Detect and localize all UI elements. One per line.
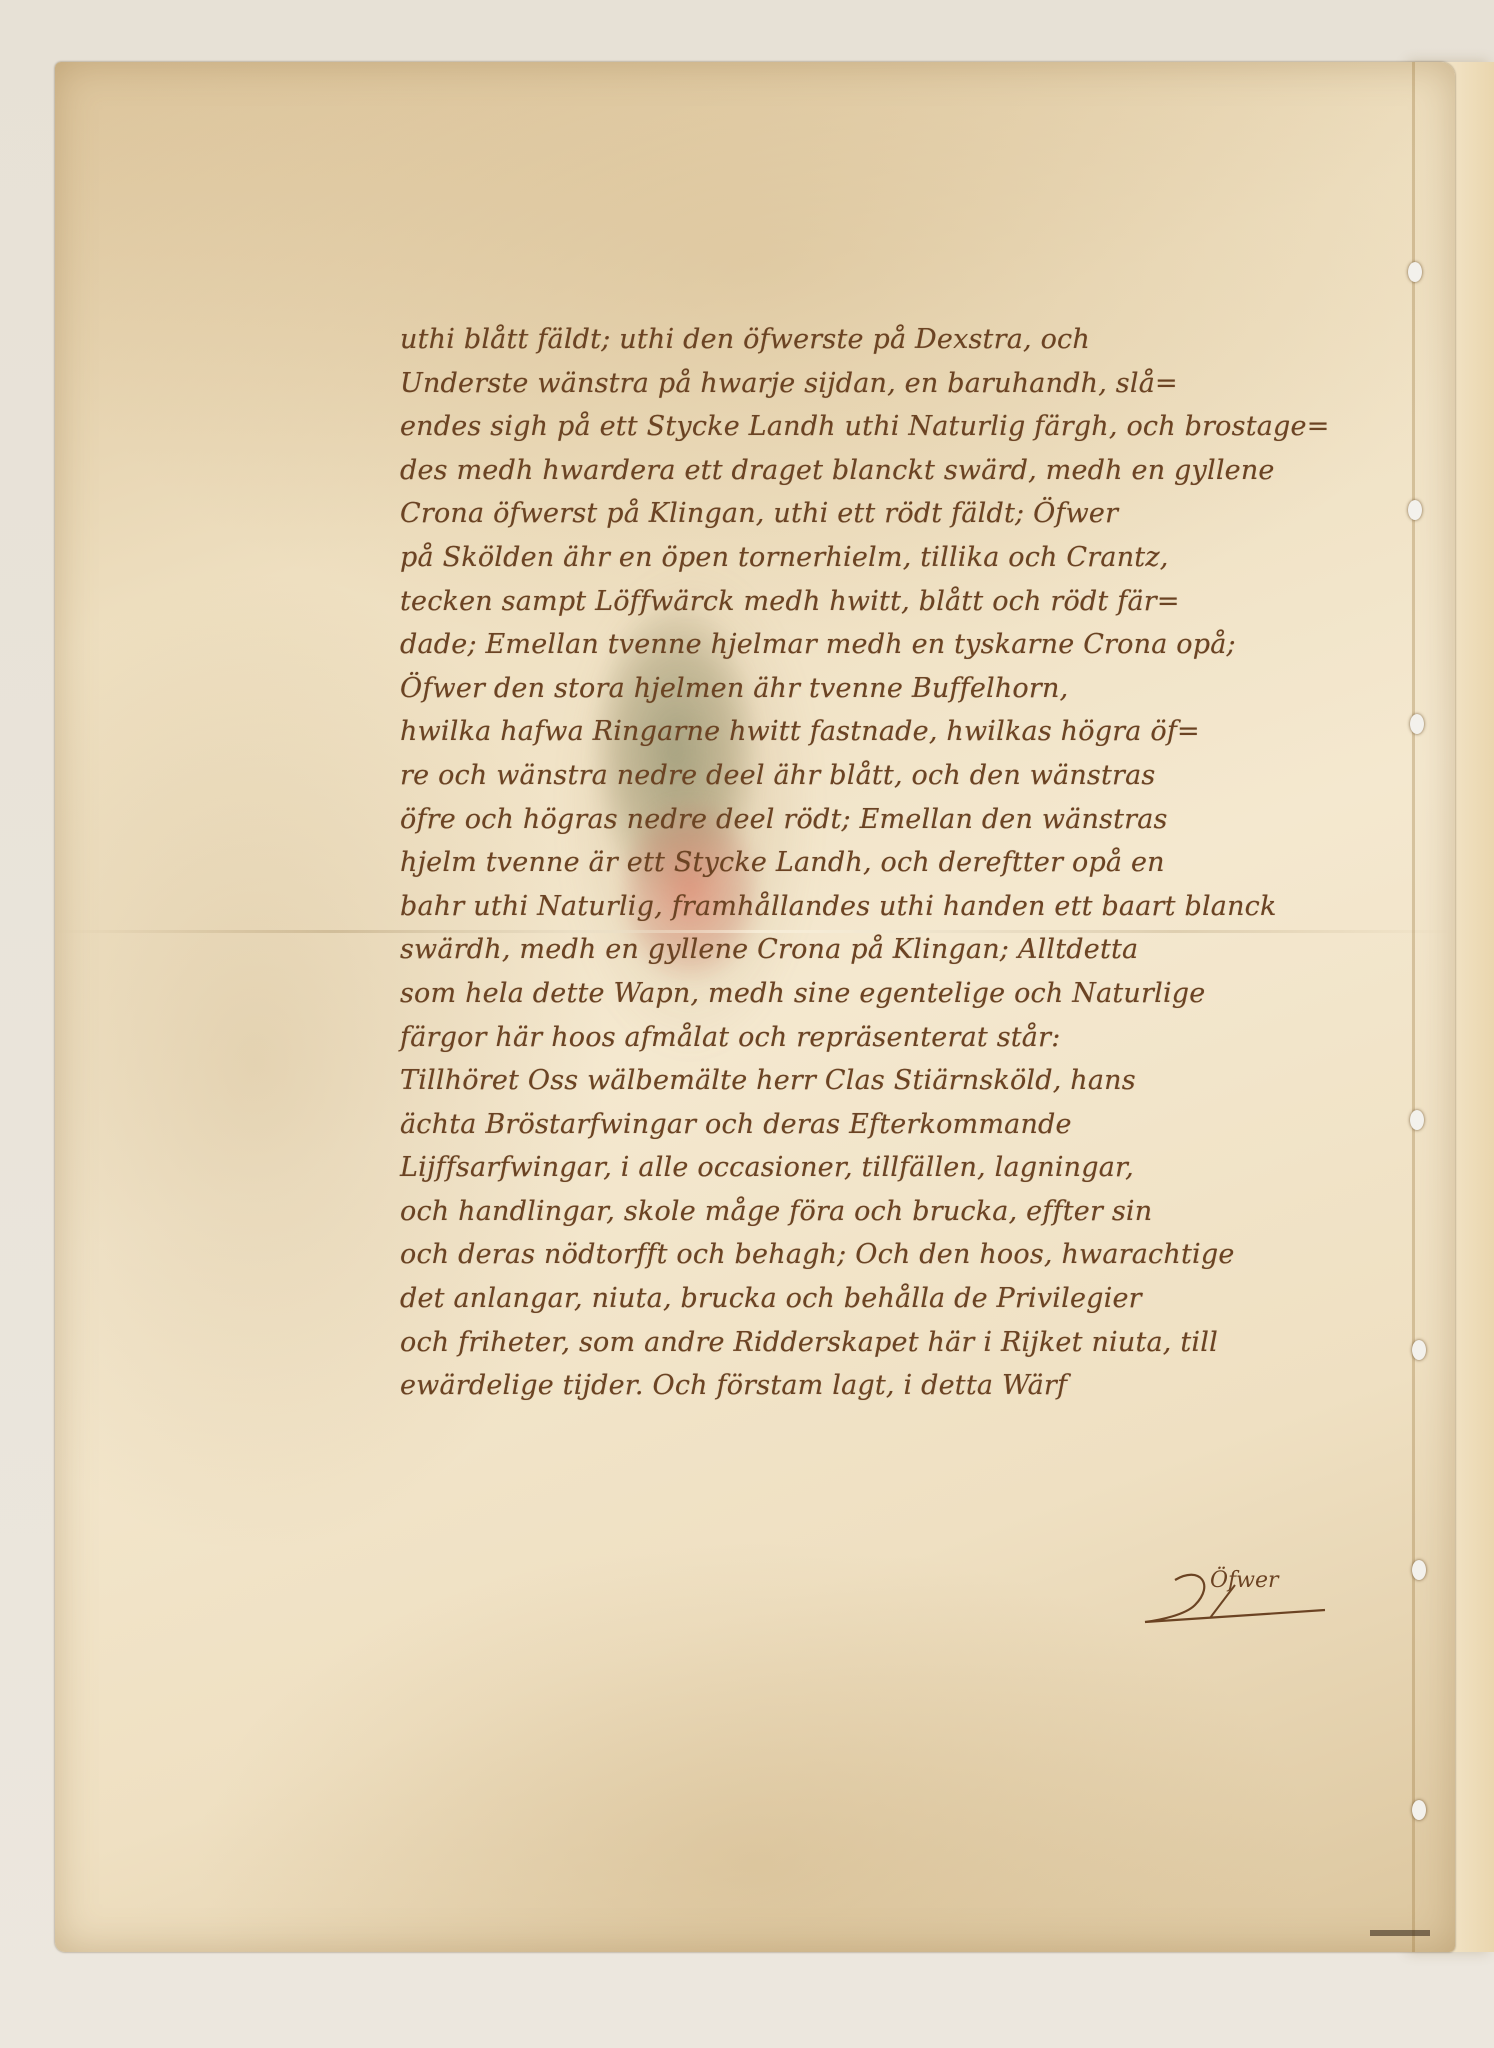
text-line: Crona öfwerst på Klingan, uthi ett rödt … xyxy=(400,492,1320,536)
text-line: det anlangar, niuta, brucka och behålla … xyxy=(400,1277,1320,1321)
text-line: öfre och högras nedre deel rödt; Emellan… xyxy=(400,798,1320,842)
binding-gutter xyxy=(1412,62,1415,1952)
text-line: hjelm tvenne är ett Stycke Landh, och de… xyxy=(400,841,1320,885)
binding-hole xyxy=(1412,1800,1426,1820)
text-line: tecken sampt Löffwärck medh hwitt, blått… xyxy=(400,580,1320,624)
text-line: ewärdelige tijder. Och förstam lagt, i d… xyxy=(400,1364,1320,1408)
text-line: des medh hwardera ett draget blanckt swä… xyxy=(400,449,1320,493)
page-damage-mark xyxy=(1370,1930,1430,1936)
binding-hole xyxy=(1410,1110,1424,1130)
text-line: bahr uthi Naturlig, framhållandes uthi h… xyxy=(400,885,1320,929)
binding-hole xyxy=(1408,262,1422,282)
text-line: och friheter, som andre Ridderskapet här… xyxy=(400,1321,1320,1365)
text-line: och handlingar, skole måge föra och bruc… xyxy=(400,1190,1320,1234)
text-line: på Skölden ähr en öpen tornerhielm, till… xyxy=(400,536,1320,580)
text-line: dade; Emellan tvenne hjelmar medh en tys… xyxy=(400,623,1320,667)
text-line: och deras nödtorfft och behagh; Och den … xyxy=(400,1233,1320,1277)
text-line: uthi blått fäldt; uthi den öfwerste på D… xyxy=(400,318,1320,362)
text-line: som hela dette Wapn, medh sine egentelig… xyxy=(400,972,1320,1016)
catchword: Öfwer xyxy=(1210,1568,1279,1593)
text-line: Tillhöret Oss wälbemälte herr Clas Stiär… xyxy=(400,1059,1320,1103)
binding-hole xyxy=(1412,1560,1426,1580)
binding-hole xyxy=(1412,1340,1426,1360)
binding-hole xyxy=(1410,714,1424,734)
text-line: Lijffsarfwingar, i alle occasioner, till… xyxy=(400,1146,1320,1190)
text-line: ächta Bröstarfwingar och deras Efterkomm… xyxy=(400,1103,1320,1147)
text-line: re och wänstra nedre deel ähr blått, och… xyxy=(400,754,1320,798)
text-line: swärdh, medh en gyllene Crona på Klingan… xyxy=(400,928,1320,972)
manuscript-text: uthi blått fäldt; uthi den öfwerste på D… xyxy=(400,318,1320,1408)
text-line: Öfwer den stora hjelmen ähr tvenne Buffe… xyxy=(400,667,1320,711)
text-line: färgor här hoos afmålat och repräsentera… xyxy=(400,1016,1320,1060)
binding-hole xyxy=(1408,500,1422,520)
text-line: hwilka hafwa Ringarne hwitt fastnade, hw… xyxy=(400,710,1320,754)
text-line: Underste wänstra på hwarje sijdan, en ba… xyxy=(400,362,1320,406)
text-line: endes sigh på ett Stycke Landh uthi Natu… xyxy=(400,405,1320,449)
